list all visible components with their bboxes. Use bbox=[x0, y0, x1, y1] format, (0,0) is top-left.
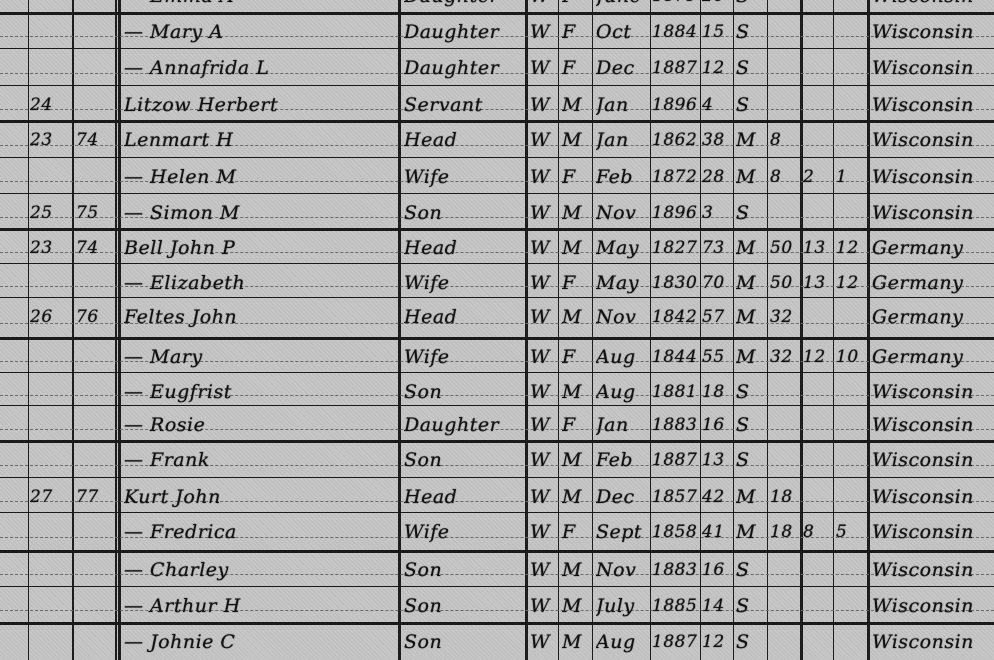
cell-dwelling bbox=[30, 374, 70, 410]
cell-marital: S bbox=[736, 374, 766, 410]
cell-month: May bbox=[596, 230, 650, 266]
cell-age: 12 bbox=[702, 50, 732, 86]
cell-birthplace: Wisconsin bbox=[872, 0, 994, 14]
cell-age: 3 bbox=[702, 195, 732, 231]
cell-age: 20 bbox=[702, 0, 732, 14]
cell-living bbox=[836, 50, 866, 86]
cell-marital: S bbox=[736, 14, 766, 50]
cell-dwelling bbox=[30, 339, 70, 375]
cell-living: 10 bbox=[836, 339, 866, 375]
cell-family: 77 bbox=[76, 479, 114, 515]
cell-living bbox=[836, 552, 866, 588]
cell-month: Sept bbox=[596, 514, 650, 550]
cell-years-married bbox=[770, 50, 800, 86]
cell-name: — Mary bbox=[124, 339, 394, 375]
cell-color: W bbox=[530, 407, 556, 443]
cell-dwelling bbox=[30, 514, 70, 550]
cell-years-married bbox=[770, 87, 800, 123]
cell-years-married: 50 bbox=[770, 265, 800, 301]
cell-birthplace: Germany bbox=[872, 299, 994, 335]
census-sheet: — Emma ADaughterWFJune187920SWisconsin— … bbox=[0, 0, 994, 660]
cell-years-married bbox=[770, 195, 800, 231]
cell-dwelling bbox=[30, 407, 70, 443]
cell-born bbox=[803, 14, 833, 50]
cell-age: 13 bbox=[702, 442, 732, 478]
cell-name: — Johnie C bbox=[124, 624, 394, 660]
cell-born bbox=[803, 87, 833, 123]
cell-family bbox=[76, 624, 114, 660]
cell-sex: M bbox=[562, 87, 590, 123]
cell-color: W bbox=[530, 159, 556, 195]
cell-month: Jan bbox=[596, 87, 650, 123]
cell-birthplace: Wisconsin bbox=[872, 195, 994, 231]
cell-relation: Head bbox=[404, 122, 522, 158]
cell-marital: M bbox=[736, 479, 766, 515]
cell-living bbox=[836, 374, 866, 410]
cell-year: 1887 bbox=[652, 624, 700, 660]
cell-dwelling: 25 bbox=[30, 195, 70, 231]
cell-dwelling: 27 bbox=[30, 479, 70, 515]
cell-marital: S bbox=[736, 0, 766, 14]
cell-birthplace: Wisconsin bbox=[872, 14, 994, 50]
cell-relation: Daughter bbox=[404, 50, 522, 86]
cell-living: 5 bbox=[836, 514, 866, 550]
cell-year: 1883 bbox=[652, 407, 700, 443]
cell-living bbox=[836, 299, 866, 335]
cell-age: 14 bbox=[702, 588, 732, 624]
cell-year: 1896 bbox=[652, 87, 700, 123]
cell-name: — Simon M bbox=[124, 195, 394, 231]
cell-marital: S bbox=[736, 624, 766, 660]
cell-years-married: 18 bbox=[770, 514, 800, 550]
cell-color: W bbox=[530, 514, 556, 550]
cell-relation: Head bbox=[404, 479, 522, 515]
cell-birthplace: Wisconsin bbox=[872, 122, 994, 158]
cell-year: 1885 bbox=[652, 588, 700, 624]
cell-name: Kurt John bbox=[124, 479, 394, 515]
cell-color: W bbox=[530, 588, 556, 624]
cell-relation: Wife bbox=[404, 339, 522, 375]
cell-year: 1844 bbox=[652, 339, 700, 375]
cell-year: 1887 bbox=[652, 50, 700, 86]
cell-born bbox=[803, 552, 833, 588]
cell-relation: Son bbox=[404, 624, 522, 660]
cell-family bbox=[76, 87, 114, 123]
cell-age: 4 bbox=[702, 87, 732, 123]
cell-born: 12 bbox=[803, 339, 833, 375]
cell-age: 70 bbox=[702, 265, 732, 301]
cell-years-married bbox=[770, 588, 800, 624]
cell-sex: M bbox=[562, 299, 590, 335]
cell-month: Aug bbox=[596, 374, 650, 410]
cell-relation: Head bbox=[404, 230, 522, 266]
cell-family bbox=[76, 339, 114, 375]
cell-born bbox=[803, 407, 833, 443]
cell-marital: M bbox=[736, 265, 766, 301]
cell-birthplace: Wisconsin bbox=[872, 442, 994, 478]
cell-years-married: 32 bbox=[770, 339, 800, 375]
cell-year: 1879 bbox=[652, 0, 700, 14]
cell-dwelling: 24 bbox=[30, 87, 70, 123]
cell-sex: F bbox=[562, 159, 590, 195]
cell-month: May bbox=[596, 265, 650, 301]
cell-color: W bbox=[530, 339, 556, 375]
cell-color: W bbox=[530, 624, 556, 660]
cell-birthplace: Wisconsin bbox=[872, 552, 994, 588]
cell-month: June bbox=[596, 0, 650, 14]
cell-year: 1881 bbox=[652, 374, 700, 410]
cell-marital: S bbox=[736, 442, 766, 478]
cell-birthplace: Wisconsin bbox=[872, 87, 994, 123]
cell-color: W bbox=[530, 14, 556, 50]
cell-marital: M bbox=[736, 122, 766, 158]
cell-color: W bbox=[530, 442, 556, 478]
column-rule bbox=[72, 0, 74, 660]
column-rule bbox=[833, 0, 834, 660]
cell-dwelling bbox=[30, 14, 70, 50]
cell-sex: F bbox=[562, 0, 590, 14]
cell-dwelling bbox=[30, 588, 70, 624]
column-rule bbox=[118, 0, 121, 660]
cell-sex: F bbox=[562, 50, 590, 86]
cell-born bbox=[803, 0, 833, 14]
cell-age: 28 bbox=[702, 159, 732, 195]
cell-relation: Son bbox=[404, 442, 522, 478]
cell-dwelling bbox=[30, 50, 70, 86]
cell-years-married: 18 bbox=[770, 479, 800, 515]
cell-family bbox=[76, 407, 114, 443]
cell-dwelling: 26 bbox=[30, 299, 70, 335]
cell-sex: M bbox=[562, 122, 590, 158]
cell-year: 1842 bbox=[652, 299, 700, 335]
cell-marital: S bbox=[736, 87, 766, 123]
cell-color: W bbox=[530, 195, 556, 231]
cell-dwelling bbox=[30, 624, 70, 660]
cell-family bbox=[76, 159, 114, 195]
cell-family bbox=[76, 0, 114, 14]
cell-relation: Wife bbox=[404, 159, 522, 195]
cell-sex: M bbox=[562, 588, 590, 624]
cell-month: Aug bbox=[596, 624, 650, 660]
cell-birthplace: Wisconsin bbox=[872, 624, 994, 660]
cell-born: 2 bbox=[803, 159, 833, 195]
cell-family bbox=[76, 14, 114, 50]
cell-family: 74 bbox=[76, 230, 114, 266]
cell-living bbox=[836, 122, 866, 158]
cell-year: 1862 bbox=[652, 122, 700, 158]
cell-sex: F bbox=[562, 14, 590, 50]
cell-age: 73 bbox=[702, 230, 732, 266]
column-rule bbox=[558, 0, 559, 660]
cell-month: Jan bbox=[596, 122, 650, 158]
cell-relation: Son bbox=[404, 195, 522, 231]
cell-name: — Elizabeth bbox=[124, 265, 394, 301]
cell-age: 18 bbox=[702, 374, 732, 410]
cell-year: 1830 bbox=[652, 265, 700, 301]
cell-month: Jan bbox=[596, 407, 650, 443]
cell-living: 12 bbox=[836, 230, 866, 266]
cell-years-married: 8 bbox=[770, 159, 800, 195]
cell-color: W bbox=[530, 479, 556, 515]
cell-year: 1857 bbox=[652, 479, 700, 515]
cell-family bbox=[76, 588, 114, 624]
cell-sex: F bbox=[562, 514, 590, 550]
cell-marital: S bbox=[736, 552, 766, 588]
cell-sex: M bbox=[562, 230, 590, 266]
cell-relation: Daughter bbox=[404, 0, 522, 14]
cell-marital: S bbox=[736, 195, 766, 231]
cell-born: 8 bbox=[803, 514, 833, 550]
cell-age: 41 bbox=[702, 514, 732, 550]
cell-dwelling: 23 bbox=[30, 230, 70, 266]
cell-dwelling bbox=[30, 159, 70, 195]
cell-birthplace: Wisconsin bbox=[872, 374, 994, 410]
cell-name: — Arthur H bbox=[124, 588, 394, 624]
cell-born: 13 bbox=[803, 265, 833, 301]
cell-family bbox=[76, 442, 114, 478]
cell-relation: Son bbox=[404, 552, 522, 588]
cell-dwelling bbox=[30, 552, 70, 588]
cell-dwelling bbox=[30, 0, 70, 14]
cell-age: 16 bbox=[702, 552, 732, 588]
cell-family: 74 bbox=[76, 122, 114, 158]
cell-birthplace: Wisconsin bbox=[872, 479, 994, 515]
cell-color: W bbox=[530, 50, 556, 86]
cell-sex: M bbox=[562, 624, 590, 660]
cell-name: — Fredrica bbox=[124, 514, 394, 550]
cell-month: Feb bbox=[596, 159, 650, 195]
cell-name: Lenmart H bbox=[124, 122, 394, 158]
cell-years-married bbox=[770, 374, 800, 410]
cell-birthplace: Germany bbox=[872, 230, 994, 266]
cell-family bbox=[76, 50, 114, 86]
cell-month: Oct bbox=[596, 14, 650, 50]
cell-relation: Son bbox=[404, 588, 522, 624]
cell-sex: F bbox=[562, 265, 590, 301]
cell-name: — Eugfrist bbox=[124, 374, 394, 410]
cell-age: 55 bbox=[702, 339, 732, 375]
cell-month: Nov bbox=[596, 195, 650, 231]
cell-relation: Daughter bbox=[404, 14, 522, 50]
cell-name: Feltes John bbox=[124, 299, 394, 335]
cell-age: 12 bbox=[702, 624, 732, 660]
column-rule bbox=[767, 0, 768, 660]
cell-family: 75 bbox=[76, 195, 114, 231]
cell-marital: M bbox=[736, 230, 766, 266]
cell-name: — Rosie bbox=[124, 407, 394, 443]
cell-born bbox=[803, 195, 833, 231]
cell-sex: M bbox=[562, 479, 590, 515]
cell-name: Litzow Herbert bbox=[124, 87, 394, 123]
cell-relation: Son bbox=[404, 374, 522, 410]
cell-color: W bbox=[530, 230, 556, 266]
cell-family bbox=[76, 265, 114, 301]
cell-sex: F bbox=[562, 339, 590, 375]
cell-born bbox=[803, 50, 833, 86]
column-rule bbox=[592, 0, 593, 660]
cell-birthplace: Germany bbox=[872, 339, 994, 375]
cell-sex: M bbox=[562, 195, 590, 231]
cell-dwelling bbox=[30, 442, 70, 478]
cell-color: W bbox=[530, 552, 556, 588]
cell-sex: F bbox=[562, 407, 590, 443]
cell-living bbox=[836, 195, 866, 231]
cell-month: Dec bbox=[596, 479, 650, 515]
cell-born bbox=[803, 299, 833, 335]
cell-name: — Mary A bbox=[124, 14, 394, 50]
cell-sex: M bbox=[562, 552, 590, 588]
cell-name: — Charley bbox=[124, 552, 394, 588]
cell-family bbox=[76, 552, 114, 588]
cell-years-married bbox=[770, 624, 800, 660]
cell-birthplace: Wisconsin bbox=[872, 50, 994, 86]
cell-year: 1887 bbox=[652, 442, 700, 478]
cell-marital: S bbox=[736, 407, 766, 443]
cell-month: Nov bbox=[596, 299, 650, 335]
cell-living bbox=[836, 14, 866, 50]
column-rule bbox=[867, 0, 870, 660]
cell-sex: M bbox=[562, 374, 590, 410]
cell-born bbox=[803, 442, 833, 478]
cell-year: 1883 bbox=[652, 552, 700, 588]
cell-age: 57 bbox=[702, 299, 732, 335]
cell-living bbox=[836, 442, 866, 478]
cell-name: Bell John P bbox=[124, 230, 394, 266]
cell-age: 16 bbox=[702, 407, 732, 443]
cell-birthplace: Wisconsin bbox=[872, 159, 994, 195]
cell-name: — Frank bbox=[124, 442, 394, 478]
cell-family bbox=[76, 514, 114, 550]
cell-living bbox=[836, 407, 866, 443]
cell-marital: M bbox=[736, 299, 766, 335]
cell-born bbox=[803, 588, 833, 624]
cell-relation: Wife bbox=[404, 265, 522, 301]
cell-marital: M bbox=[736, 339, 766, 375]
column-rule bbox=[733, 0, 734, 660]
cell-living bbox=[836, 588, 866, 624]
cell-dwelling: 23 bbox=[30, 122, 70, 158]
cell-living: 1 bbox=[836, 159, 866, 195]
cell-born bbox=[803, 479, 833, 515]
cell-years-married: 50 bbox=[770, 230, 800, 266]
cell-birthplace: Germany bbox=[872, 265, 994, 301]
cell-years-married bbox=[770, 0, 800, 14]
cell-years-married bbox=[770, 407, 800, 443]
cell-years-married bbox=[770, 14, 800, 50]
cell-born bbox=[803, 624, 833, 660]
cell-living bbox=[836, 479, 866, 515]
cell-birthplace: Wisconsin bbox=[872, 407, 994, 443]
cell-color: W bbox=[530, 374, 556, 410]
cell-family: 76 bbox=[76, 299, 114, 335]
cell-marital: M bbox=[736, 514, 766, 550]
cell-relation: Daughter bbox=[404, 407, 522, 443]
cell-age: 42 bbox=[702, 479, 732, 515]
cell-year: 1884 bbox=[652, 14, 700, 50]
cell-living: 12 bbox=[836, 265, 866, 301]
column-rule bbox=[115, 0, 117, 660]
cell-born: 13 bbox=[803, 230, 833, 266]
cell-dwelling bbox=[30, 265, 70, 301]
cell-relation: Head bbox=[404, 299, 522, 335]
cell-relation: Servant bbox=[404, 87, 522, 123]
cell-month: Feb bbox=[596, 442, 650, 478]
cell-age: 15 bbox=[702, 14, 732, 50]
cell-color: W bbox=[530, 265, 556, 301]
column-rule bbox=[525, 0, 528, 660]
cell-color: W bbox=[530, 122, 556, 158]
column-rule bbox=[398, 0, 401, 660]
cell-family bbox=[76, 374, 114, 410]
cell-month: Nov bbox=[596, 552, 650, 588]
cell-marital: M bbox=[736, 159, 766, 195]
cell-years-married: 32 bbox=[770, 299, 800, 335]
cell-name: — Emma A bbox=[124, 0, 394, 14]
cell-year: 1858 bbox=[652, 514, 700, 550]
cell-sex: M bbox=[562, 442, 590, 478]
cell-living bbox=[836, 87, 866, 123]
cell-birthplace: Wisconsin bbox=[872, 588, 994, 624]
cell-color: W bbox=[530, 87, 556, 123]
cell-month: July bbox=[596, 588, 650, 624]
cell-marital: S bbox=[736, 50, 766, 86]
cell-years-married bbox=[770, 552, 800, 588]
cell-years-married: 8 bbox=[770, 122, 800, 158]
cell-living bbox=[836, 0, 866, 14]
cell-living bbox=[836, 624, 866, 660]
column-rule bbox=[650, 0, 651, 660]
cell-name: — Annafrida L bbox=[124, 50, 394, 86]
cell-color: W bbox=[530, 0, 556, 14]
column-rule bbox=[700, 0, 701, 660]
cell-year: 1896 bbox=[652, 195, 700, 231]
cell-birthplace: Wisconsin bbox=[872, 514, 994, 550]
cell-born bbox=[803, 374, 833, 410]
cell-years-married bbox=[770, 442, 800, 478]
cell-year: 1827 bbox=[652, 230, 700, 266]
cell-month: Dec bbox=[596, 50, 650, 86]
cell-color: W bbox=[530, 299, 556, 335]
cell-name: — Helen M bbox=[124, 159, 394, 195]
column-rule bbox=[28, 0, 29, 660]
cell-marital: S bbox=[736, 588, 766, 624]
cell-relation: Wife bbox=[404, 514, 522, 550]
cell-born bbox=[803, 122, 833, 158]
cell-age: 38 bbox=[702, 122, 732, 158]
cell-year: 1872 bbox=[652, 159, 700, 195]
cell-month: Aug bbox=[596, 339, 650, 375]
